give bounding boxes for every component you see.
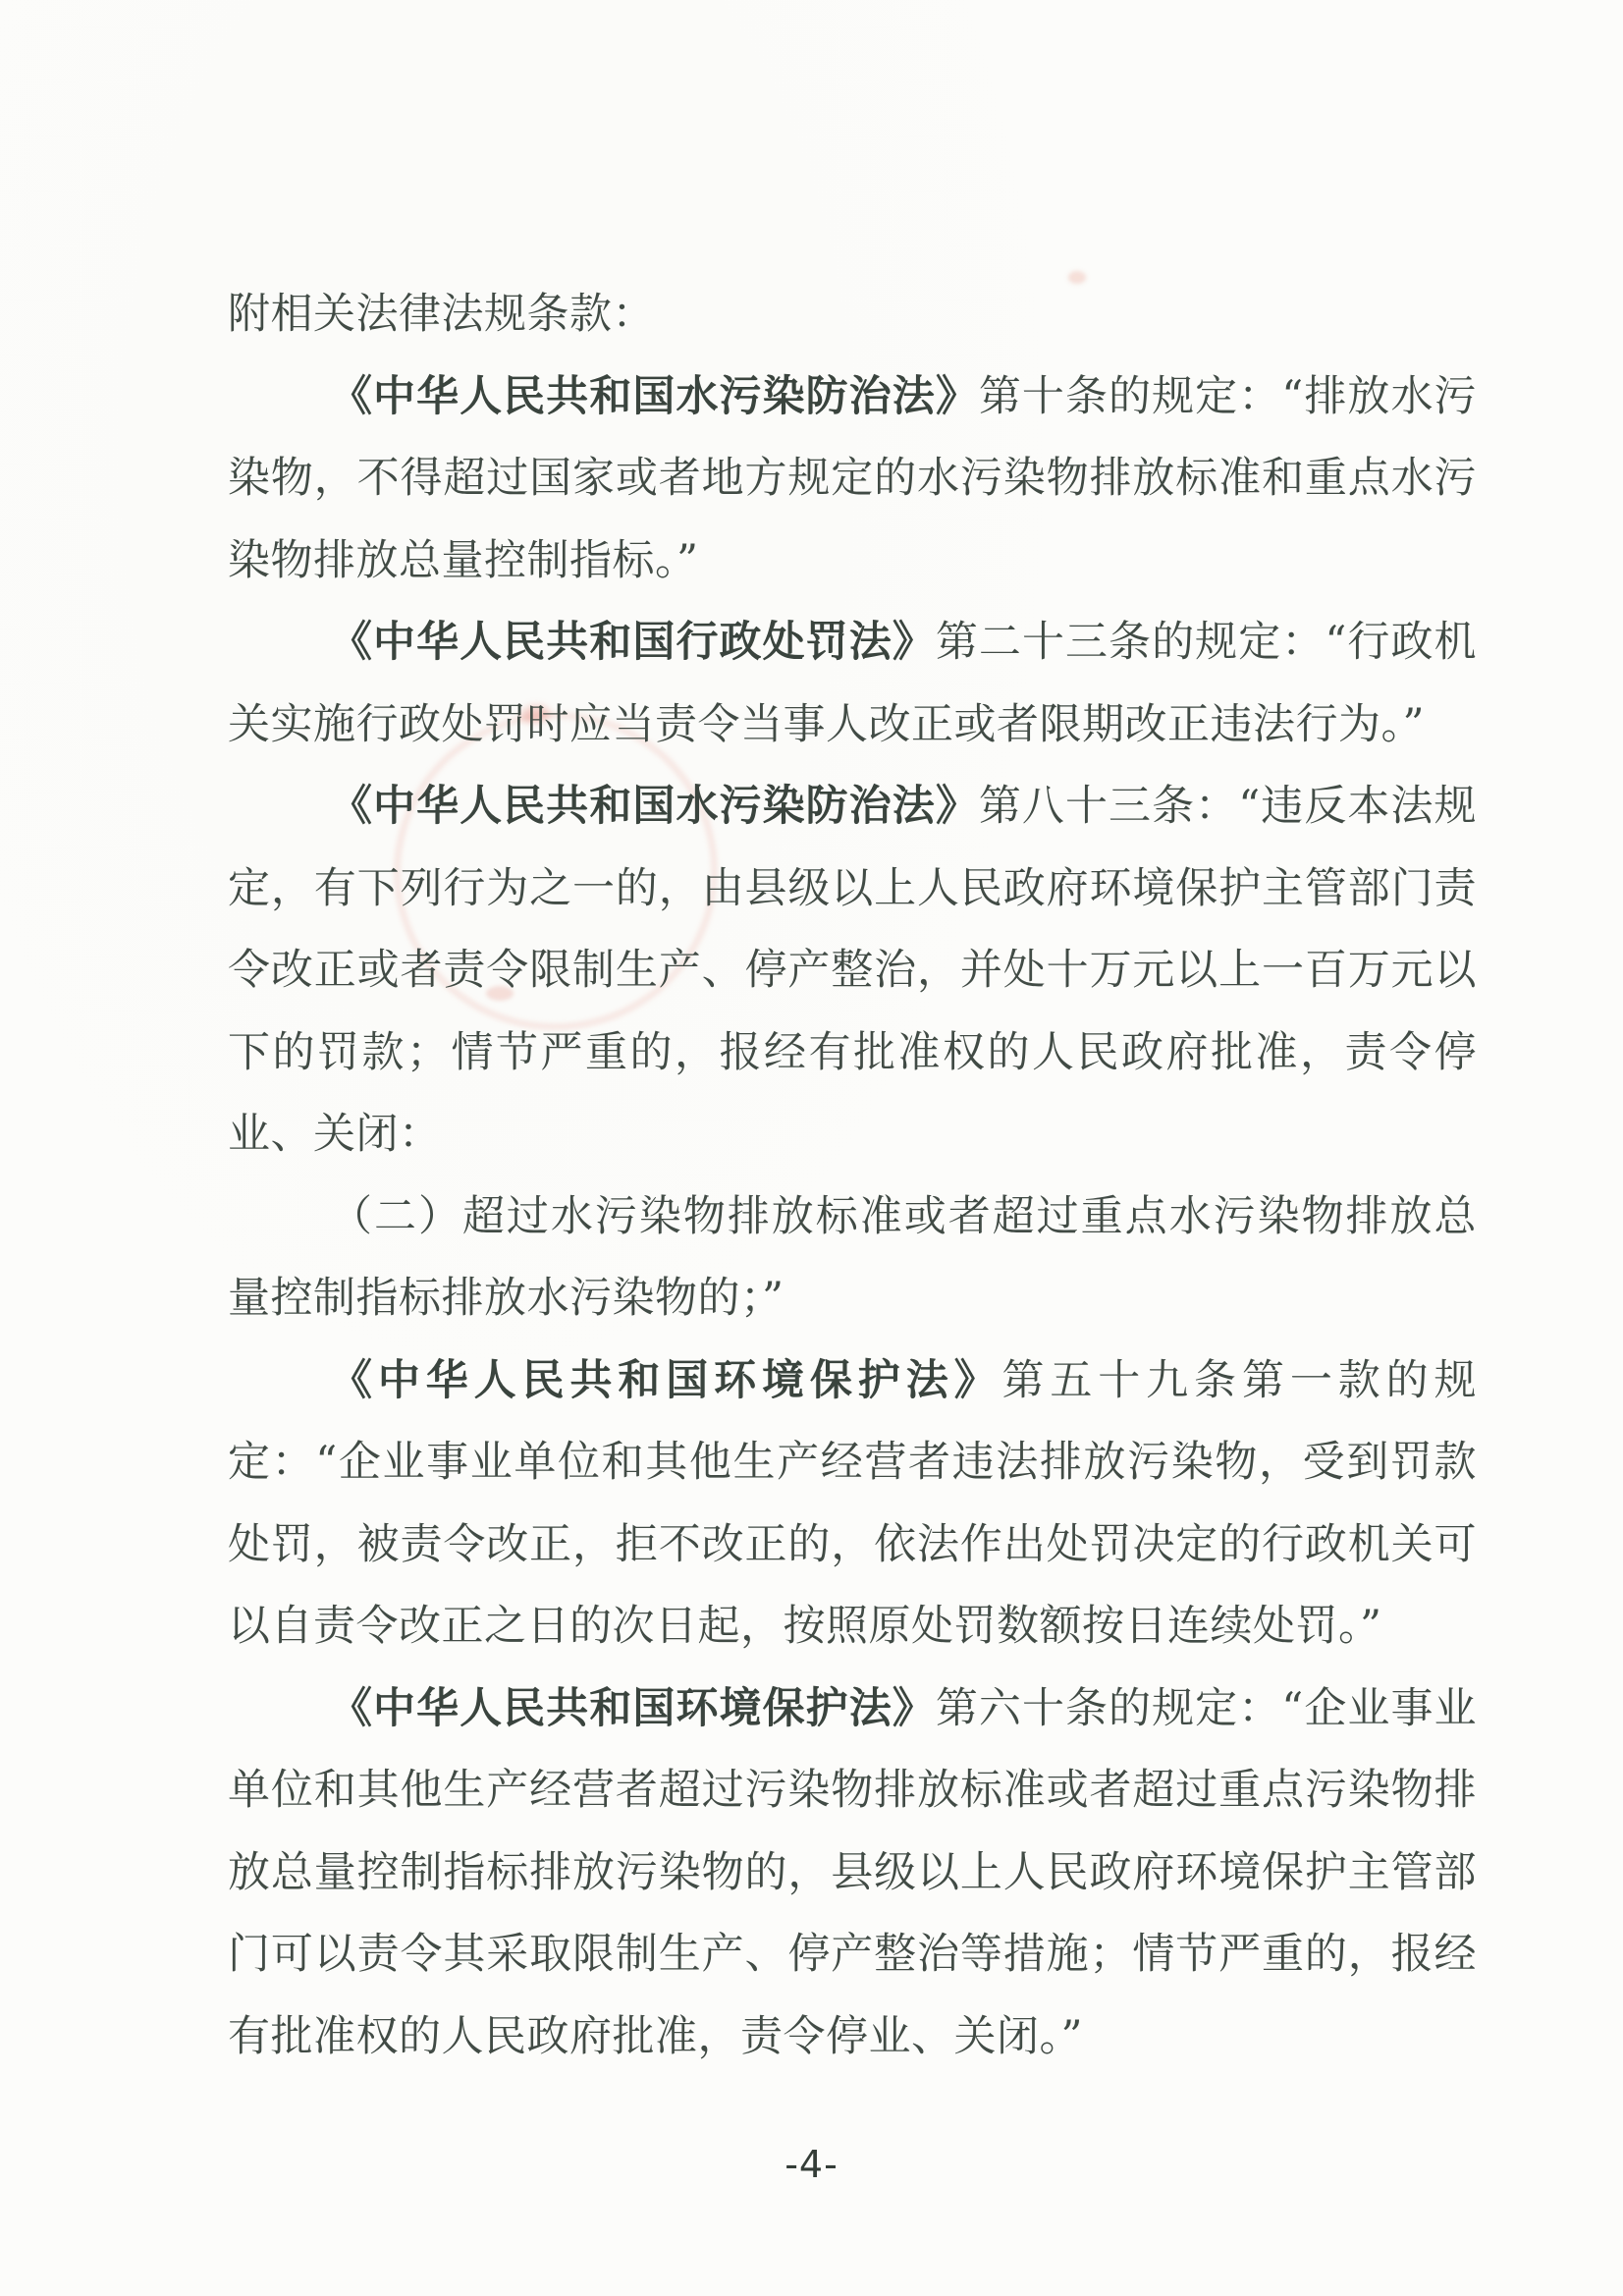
law-paragraph-item-2: （二）超过水污染物排放标准或者超过重点水污染物排放总量控制指标排放水污染物的；” (228, 1176, 1477, 1340)
page-number: -4- (0, 2143, 1623, 2186)
law-paragraph-text: （二）超过水污染物排放标准或者超过重点水污染物排放总量控制指标排放水污染物的；” (228, 1192, 1477, 1324)
law-title-water-pollution-law: 《中华人民共和国水污染防治法》 (330, 372, 979, 421)
law-paragraph: 《中华人民共和国行政处罚法》第二十三条的规定：“行政机关实施行政处罚时应当责令当… (228, 602, 1477, 766)
document-body: 附相关法律法规条款： 《中华人民共和国水污染防治法》第十条的规定：“排放水污染物… (228, 274, 1477, 2078)
law-paragraph-text: 第六十条的规定：“企业事业单位和其他生产经营者超过污染物排放标准或者超过重点污染… (228, 1684, 1477, 2061)
law-title-administrative-penalty-law: 《中华人民共和国行政处罚法》 (330, 618, 936, 667)
law-title-environmental-protection-law: 《中华人民共和国环境保护法》 (330, 1356, 1001, 1405)
law-title-water-pollution-law: 《中华人民共和国水污染防治法》 (330, 782, 979, 831)
law-paragraph-text: 第八十三条：“违反本法规定，有下列行为之一的，由县级以上人民政府环境保护主管部门… (228, 782, 1477, 1159)
law-paragraph: 《中华人民共和国环境保护法》第五十九条第一款的规定：“企业事业单位和其他生产经营… (228, 1340, 1477, 1668)
attachment-heading: 附相关法律法规条款： (228, 274, 1477, 356)
law-paragraph: 《中华人民共和国环境保护法》第六十条的规定：“企业事业单位和其他生产经营者超过污… (228, 1668, 1477, 2079)
law-title-environmental-protection-law: 《中华人民共和国环境保护法》 (330, 1684, 936, 1733)
law-paragraph: 《中华人民共和国水污染防治法》第十条的规定：“排放水污染物，不得超过国家或者地方… (228, 356, 1477, 603)
scanned-document-page: 附相关法律法规条款： 《中华人民共和国水污染防治法》第十条的规定：“排放水污染物… (0, 0, 1623, 2296)
law-paragraph: 《中华人民共和国水污染防治法》第八十三条：“违反本法规定，有下列行为之一的，由县… (228, 766, 1477, 1176)
